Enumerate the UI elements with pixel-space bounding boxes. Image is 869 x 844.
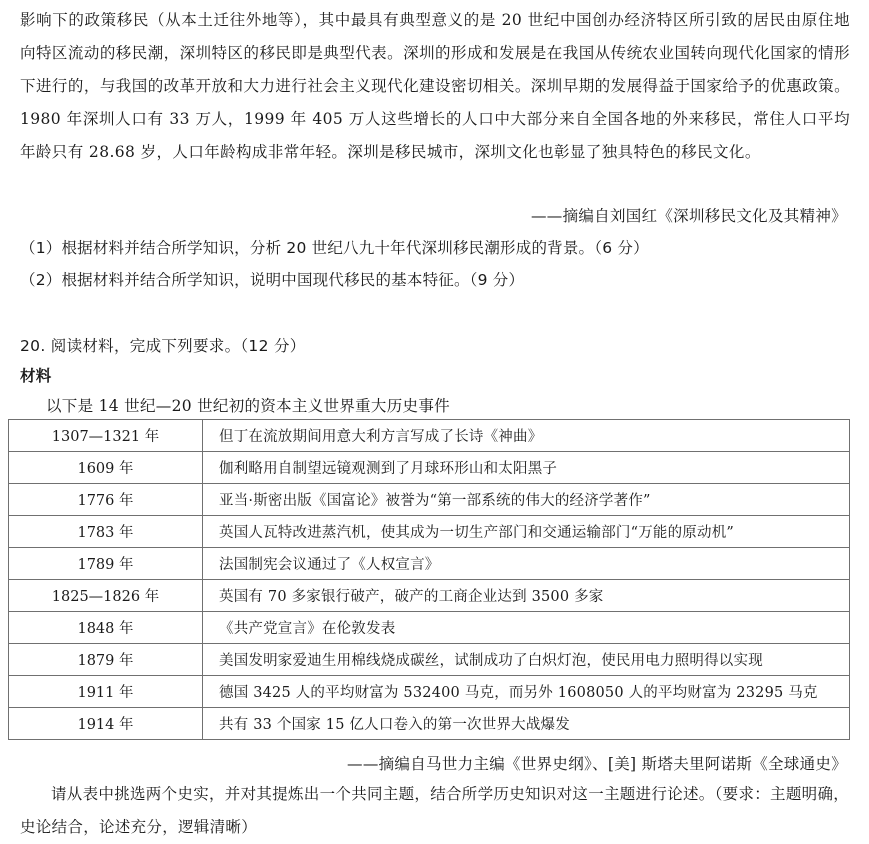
event-cell: 伽利略用自制望远镜观测到了月球环形山和太阳黑子 xyxy=(203,452,850,484)
event-cell: 英国有 70 多家银行破产，破产的工商企业达到 3500 多家 xyxy=(203,580,850,612)
table-row: 1789 年 法国制宪会议通过了《人权宣言》 xyxy=(9,548,850,580)
year-cell: 1789 年 xyxy=(9,548,203,580)
table-row: 1911 年 德国 3425 人的平均财富为 532400 马克，而另外 160… xyxy=(9,676,850,708)
table-row: 1776 年 亚当·斯密出版《国富论》被誉为“第一部系统的伟大的经济学著作” xyxy=(9,484,850,516)
event-cell: 英国人瓦特改进蒸汽机，使其成为一切生产部门和交通运输部门“万能的原动机” xyxy=(203,516,850,548)
event-cell: 亚当·斯密出版《国富论》被誉为“第一部系统的伟大的经济学著作” xyxy=(203,484,850,516)
material-label: 材料 xyxy=(20,364,52,386)
question-2: （2）根据材料并结合所学知识，说明中国现代移民的基本特征。（9 分） xyxy=(20,268,524,290)
table-row: 1783 年 英国人瓦特改进蒸汽机，使其成为一切生产部门和交通运输部门“万能的原… xyxy=(9,516,850,548)
table-row: 1825—1826 年 英国有 70 多家银行破产，破产的工商企业达到 3500… xyxy=(9,580,850,612)
year-cell: 1914 年 xyxy=(9,708,203,740)
question-20-instruction: 请从表中挑选两个史实，并对其提炼出一个共同主题，结合所学历史知识对这一主题进行论… xyxy=(20,778,852,844)
question-20-title: 20. 阅读材料，完成下列要求。（12 分） xyxy=(20,334,306,356)
event-cell: 法国制宪会议通过了《人权宣言》 xyxy=(203,548,850,580)
table-row: 1609 年 伽利略用自制望远镜观测到了月球环形山和太阳黑子 xyxy=(9,452,850,484)
question-1: （1）根据材料并结合所学知识，分析 20 世纪八九十年代深圳移民潮形成的背景。（… xyxy=(20,236,649,258)
table-row: 1914 年 共有 33 个国家 15 亿人口卷入的第一次世界大战爆发 xyxy=(9,708,850,740)
event-cell: 《共产党宣言》在伦敦发表 xyxy=(203,612,850,644)
event-cell: 德国 3425 人的平均财富为 532400 马克，而另外 1608050 人的… xyxy=(203,676,850,708)
events-table: 1307—1321 年 但丁在流放期间用意大利方言写成了长诗《神曲》 1609 … xyxy=(8,419,850,740)
year-cell: 1825—1826 年 xyxy=(9,580,203,612)
year-cell: 1911 年 xyxy=(9,676,203,708)
table-row: 1879 年 美国发明家爱迪生用棉线烧成碳丝，试制成功了白炽灯泡，使民用电力照明… xyxy=(9,644,850,676)
event-cell: 美国发明家爱迪生用棉线烧成碳丝，试制成功了白炽灯泡，使民用电力照明得以实现 xyxy=(203,644,850,676)
table-row: 1307—1321 年 但丁在流放期间用意大利方言写成了长诗《神曲》 xyxy=(9,420,850,452)
year-cell: 1879 年 xyxy=(9,644,203,676)
table-caption: 以下是 14 世纪—20 世纪初的资本主义世界重大历史事件 xyxy=(46,394,450,416)
event-cell: 但丁在流放期间用意大利方言写成了长诗《神曲》 xyxy=(203,420,850,452)
material-paragraph: 影响下的政策移民（从本土迁往外地等），其中最具有典型意义的是 20 世纪中国创办… xyxy=(20,4,850,169)
table-row: 1848 年 《共产党宣言》在伦敦发表 xyxy=(9,612,850,644)
event-cell: 共有 33 个国家 15 亿人口卷入的第一次世界大战爆发 xyxy=(203,708,850,740)
year-cell: 1848 年 xyxy=(9,612,203,644)
table-source-citation: ——摘编自马世力主编《世界史纲》、[美] 斯塔夫里阿诺斯《全球通史》 xyxy=(347,752,847,774)
year-cell: 1776 年 xyxy=(9,484,203,516)
year-cell: 1783 年 xyxy=(9,516,203,548)
year-cell: 1307—1321 年 xyxy=(9,420,203,452)
material-source-citation: ——摘编自刘国红《深圳移民文化及其精神》 xyxy=(531,204,847,226)
year-cell: 1609 年 xyxy=(9,452,203,484)
